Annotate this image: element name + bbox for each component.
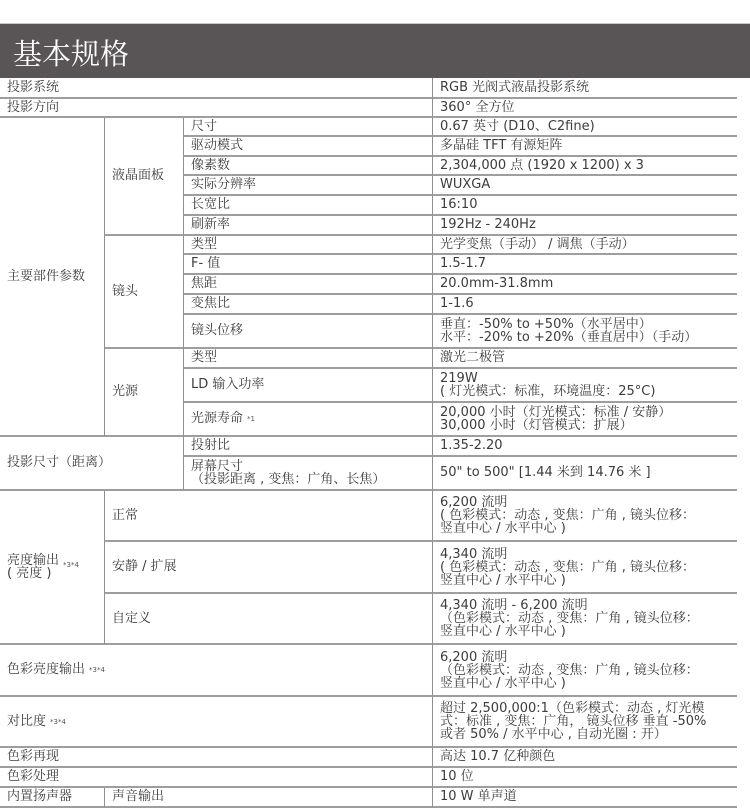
label-lcd-panel: 液晶面板 — [104, 118, 183, 236]
label-screen-size: 屏幕尺寸 （投影距离 , 变焦：广角、长焦） — [183, 457, 432, 491]
value-resolution: WUXGA — [432, 176, 737, 196]
label-aspect-ratio: 长宽比 — [183, 196, 432, 216]
footnote-marker: *3*4 — [50, 715, 66, 729]
value-brightness-quiet: 4,340 流明 ( 色彩模式：动态 , 变焦：广角 , 镜头位移： 竖直中心 … — [432, 542, 737, 594]
label-light-life: 光源寿命*1 — [183, 403, 432, 437]
label-pixels: 像素数 — [183, 157, 432, 176]
label-main-components: 主要部件参数 — [0, 118, 104, 437]
label-drive-mode: 驱动模式 — [183, 137, 432, 157]
label-lens: 镜头 — [104, 236, 183, 349]
value-f-number: 1.5-1.7 — [432, 255, 737, 275]
value-color-reproduction: 高达 10.7 亿种颜色 — [432, 748, 737, 768]
value-drive-mode: 多晶硅 TFT 有源矩阵 — [432, 137, 737, 157]
footnote-marker: *1 — [247, 412, 255, 426]
value-throw-ratio: 1.35-2.20 — [432, 437, 737, 457]
footnote-marker: *3*4 — [89, 663, 105, 677]
value-aspect-ratio: 16:10 — [432, 196, 737, 216]
label-lcd-size: 尺寸 — [183, 118, 432, 137]
page-title: 基本规格 — [13, 32, 129, 73]
label-projection-system: 投影系统 — [0, 78, 432, 99]
value-light-life: 20,000 小时（灯光模式：标准 / 安静） 30,000 小时（灯管模式：扩… — [432, 403, 737, 437]
label-contrast: 对比度*3*4 — [0, 697, 432, 748]
value-audio-output: 10 W 单声道 — [432, 788, 737, 808]
footnote-marker: *3*4 — [63, 559, 79, 572]
label-brightness: 亮度输出 ( 亮度 )*3*4 — [0, 491, 104, 645]
value-zoom-ratio: 1-1.6 — [432, 295, 737, 315]
label-color-processing: 色彩处理 — [0, 768, 432, 788]
value-projection-system: RGB 光阀式液晶投影系统 — [432, 78, 737, 99]
label-resolution: 实际分辨率 — [183, 176, 432, 196]
light-life-text: 光源寿命 — [191, 412, 243, 426]
value-lens-type: 光学变焦（手动） / 调焦（手动） — [432, 236, 737, 255]
value-focal-length: 20.0mm-31.8mm — [432, 275, 737, 295]
label-projection-size: 投影尺寸（距离） — [0, 437, 183, 491]
label-audio-output: 声音输出 — [104, 788, 432, 808]
label-light-source: 光源 — [104, 349, 183, 437]
label-brightness-normal: 正常 — [104, 491, 432, 542]
label-speaker: 内置扬声器 — [0, 788, 104, 808]
label-f-number: F- 值 — [183, 255, 432, 275]
color-brightness-text: 色彩亮度输出 — [7, 663, 85, 677]
label-zoom-ratio: 变焦比 — [183, 295, 432, 315]
value-refresh-rate: 192Hz - 240Hz — [432, 216, 737, 236]
value-contrast: 超过 2,500,000:1（色彩模式：动态 , 灯光模 式：标准 , 变焦：广… — [432, 697, 737, 748]
label-projection-direction: 投影方向 — [0, 99, 432, 118]
value-color-brightness: 6,200 流明 （色彩模式：动态 , 变焦：广角 , 镜头位移： 竖直中心 /… — [432, 645, 737, 697]
label-color-brightness: 色彩亮度输出*3*4 — [0, 645, 432, 697]
value-light-type: 激光二极管 — [432, 349, 737, 369]
label-focal-length: 焦距 — [183, 275, 432, 295]
label-brightness-quiet: 安静 / 扩展 — [104, 542, 432, 594]
value-color-processing: 10 位 — [432, 768, 737, 788]
value-lens-shift: 垂直：-50% to +50%（水平居中） 水平：-20% to +20%（垂直… — [432, 315, 737, 349]
value-brightness-custom: 4,340 流明 - 6,200 流明 （色彩模式：动态 , 变焦：广角 , 镜… — [432, 594, 737, 645]
label-brightness-custom: 自定义 — [104, 594, 432, 645]
label-lens-type: 类型 — [183, 236, 432, 255]
value-projection-direction: 360° 全方位 — [432, 99, 737, 118]
label-color-reproduction: 色彩再现 — [0, 748, 432, 768]
value-pixels: 2,304,000 点 (1920 x 1200) x 3 — [432, 157, 737, 176]
value-ld-power: 219W ( 灯光模式：标准，环境温度：25°C) — [432, 369, 737, 403]
page-header: 基本规格 — [0, 23, 750, 78]
value-lcd-size: 0.67 英寸 (D10、C2fine) — [432, 118, 737, 137]
value-brightness-normal: 6,200 流明 ( 色彩模式：动态 , 变焦：广角 , 镜头位移： 竖直中心 … — [432, 491, 737, 542]
contrast-text: 对比度 — [7, 715, 46, 729]
label-throw-ratio: 投射比 — [183, 437, 432, 457]
value-screen-size: 50" to 500" [1.44 米到 14.76 米 ] — [432, 457, 737, 491]
label-lens-shift: 镜头位移 — [183, 315, 432, 349]
label-ld-power: LD 输入功率 — [183, 369, 432, 403]
label-refresh-rate: 刷新率 — [183, 216, 432, 236]
label-light-type: 类型 — [183, 349, 432, 369]
brightness-text: 亮度输出 ( 亮度 ) — [7, 554, 59, 580]
